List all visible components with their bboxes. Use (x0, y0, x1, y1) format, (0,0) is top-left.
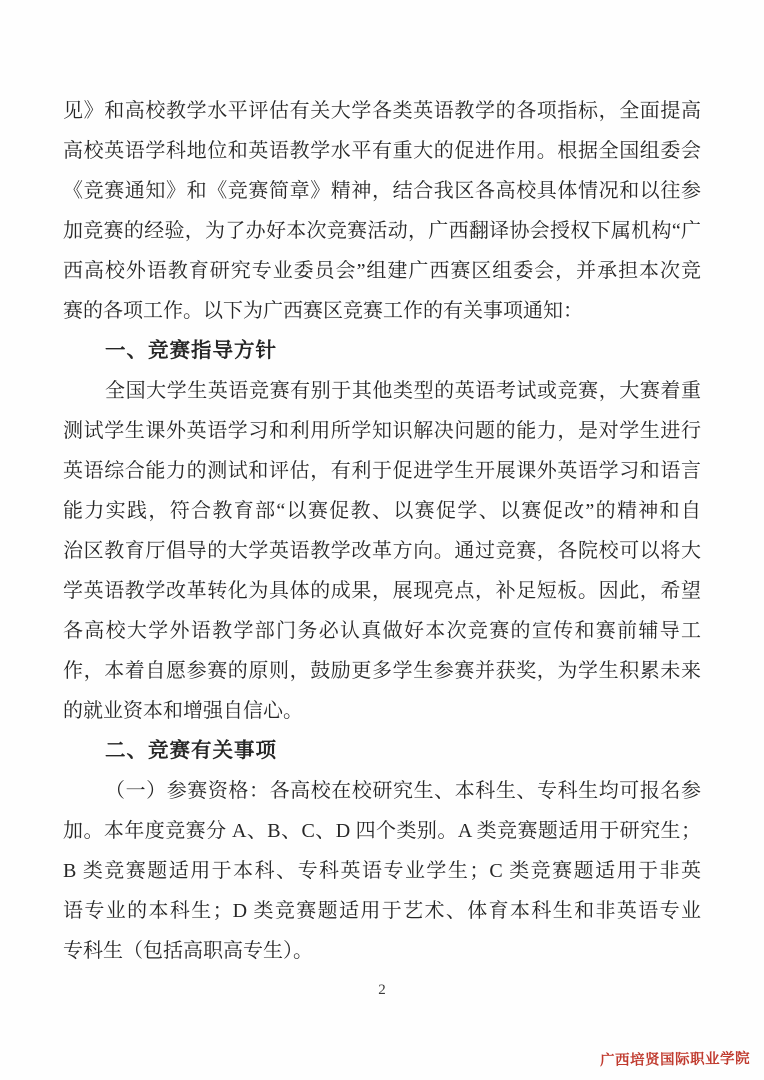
body-line: 学英语教学改革转化为具体的成果，展现亮点，补足短板。因此，希望 (63, 571, 701, 611)
page-number: 2 (0, 982, 764, 999)
document-page: 见》和高校教学水平评估有关大学各类英语教学的各项指标，全面提高 高校英语学科地位… (0, 0, 764, 1080)
school-watermark: 广西培贤国际职业学院 (600, 1047, 750, 1070)
body-line: 英语综合能力的测试和评估，有利于促进学生开展课外英语学习和语言 (63, 451, 701, 491)
body-line: 的就业资本和增强自信心。 (63, 691, 701, 731)
body-line: （一）参赛资格：各高校在校研究生、本科生、专科生均可报名参 (63, 771, 701, 811)
body-line: 加。本年度竞赛分 A、B、C、D 四个类别。A 类竞赛题适用于研究生； (63, 811, 701, 851)
body-line: 高校英语学科地位和英语教学水平有重大的促进作用。根据全国组委会 (63, 131, 701, 171)
body-line: 赛的各项工作。以下为广西赛区竞赛工作的有关事项通知： (63, 291, 701, 331)
body-line: 能力实践，符合教育部“以赛促教、以赛促学、以赛促改”的精神和自 (63, 491, 701, 531)
section-heading-2: 二、竞赛有关事项 (63, 731, 701, 771)
body-line: 治区教育厅倡导的大学英语教学改革方向。通过竞赛，各院校可以将大 (63, 531, 701, 571)
section-heading-1: 一、竞赛指导方针 (63, 331, 701, 371)
body-line: 全国大学生英语竞赛有别于其他类型的英语考试或竞赛，大赛着重 (63, 371, 701, 411)
body-line: 西高校外语教育研究专业委员会”组建广西赛区组委会，并承担本次竞 (63, 251, 701, 291)
body-line: 语专业的本科生；D 类竞赛题适用于艺术、体育本科生和非英语专业 (63, 891, 701, 931)
body-line: 专科生（包括高职高专生）。 (63, 931, 701, 971)
body-line: 《竞赛通知》和《竞赛简章》精神，结合我区各高校具体情况和以往参 (63, 171, 701, 211)
body-line: 各高校大学外语教学部门务必认真做好本次竞赛的宣传和赛前辅导工 (63, 611, 701, 651)
document-body: 见》和高校教学水平评估有关大学各类英语教学的各项指标，全面提高 高校英语学科地位… (63, 91, 701, 971)
body-line: 作，本着自愿参赛的原则，鼓励更多学生参赛并获奖，为学生积累未来 (63, 651, 701, 691)
body-line: 测试学生课外英语学习和利用所学知识解决问题的能力，是对学生进行 (63, 411, 701, 451)
body-line: 见》和高校教学水平评估有关大学各类英语教学的各项指标，全面提高 (63, 91, 701, 131)
body-line: 加竞赛的经验，为了办好本次竞赛活动，广西翻译协会授权下属机构“广 (63, 211, 701, 251)
body-line: B 类竞赛题适用于本科、专科英语专业学生；C 类竞赛题适用于非英 (63, 851, 701, 891)
